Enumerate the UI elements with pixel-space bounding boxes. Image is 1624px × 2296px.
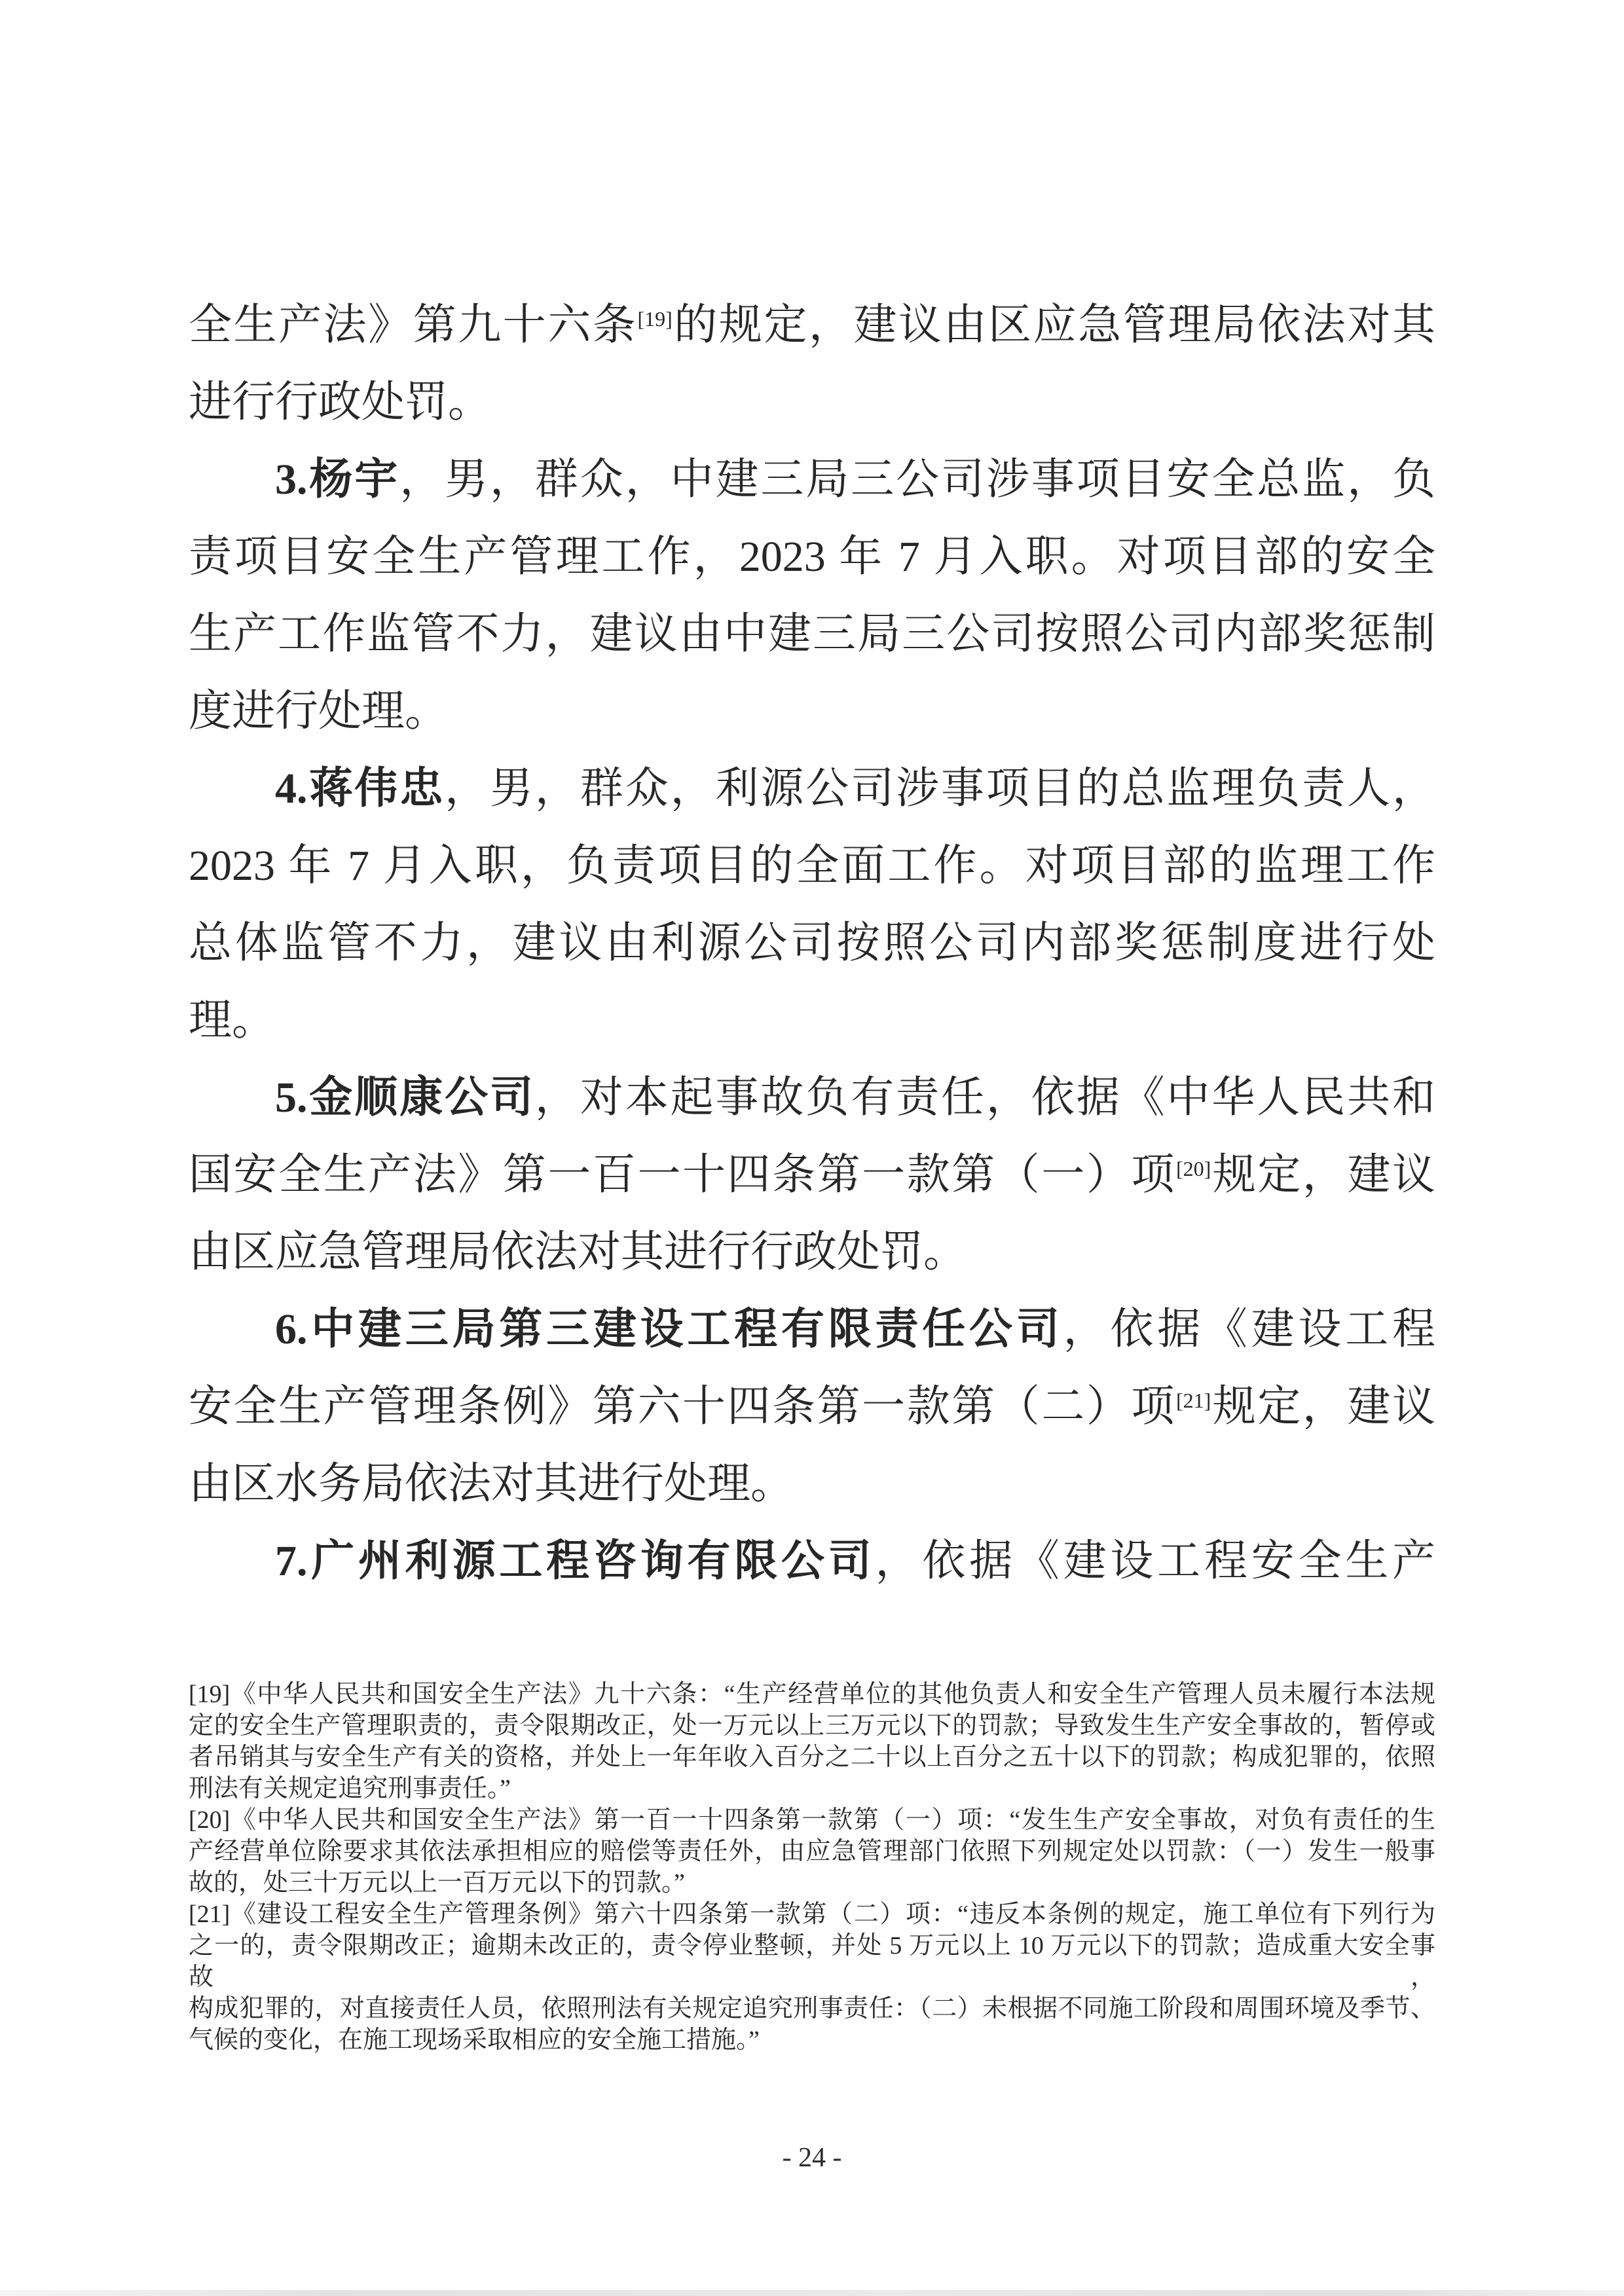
text-run: 2023 年 7 月入职，负责项目的全面工作。对项目部的监理工作	[189, 842, 1435, 890]
text-run: 生产工作监管不力，建议由中建三局三公司按照公司内部奖惩制	[189, 610, 1435, 658]
footnote-line: [20]《中华人民共和国安全生产法》第一百一十四条第一款第（一）项：“发生生产安…	[189, 1804, 1435, 1836]
text-run: 构成犯罪的，对直接责任人员，依照刑法有关规定追究刑事责任：（二）未根据不同施工阶…	[189, 1995, 1435, 2022]
footnote-ref-20: [20]	[1176, 1157, 1211, 1180]
text-run: 气候的变化，在施工现场采取相应的安全施工措施。”	[189, 2026, 760, 2054]
footnote-line: [19]《中华人民共和国安全生产法》九十六条：“生产经营单位的其他负责人和安全生…	[189, 1679, 1435, 1710]
text-run: 刑法有关规定追究刑事责任。”	[189, 1775, 511, 1802]
footnote-line: 之一的，责令限期改正；逾期未改正的，责令停业整顿，并处 5 万元以上 10 万元…	[189, 1930, 1435, 1993]
body-line: 理。	[189, 982, 1435, 1059]
footnote-ref-21: [21]	[1176, 1389, 1211, 1412]
text-run: 责项目安全生产管理工作，2023 年 7 月入职。对项目部的安全	[189, 533, 1435, 581]
text-run: [21]《建设工程安全生产管理条例》第六十四条第一款第（二）项：“违反本条例的规…	[189, 1901, 1435, 1928]
scan-edge-artifact	[0, 2290, 1624, 2296]
footnote-ref-19: [19]	[637, 307, 672, 331]
person-name-yangyu: 3.杨宇	[275, 456, 399, 503]
text-run: 故的，处三十万元以上一百万元以下的罚款。”	[189, 1869, 685, 1897]
text-run: ，男，群众，利源公司涉事项目的总监理负责人，	[445, 765, 1435, 812]
body-line: 5.金顺康公司，对本起事故负有责任，依据《中华人民共和	[189, 1059, 1435, 1137]
text-run: ，对本起事故负有责任，依据《中华人民共和	[535, 1074, 1435, 1121]
company-name-liyuan: 7.广州利源工程咨询有限公司	[275, 1537, 876, 1585]
document-page: 全生产法》第九十六条[19]的规定，建议由区应急管理局依法对其进行行政处罚。3.…	[0, 0, 1624, 2296]
text-run: 规定，建议	[1211, 1151, 1435, 1199]
body-line: 全生产法》第九十六条[19]的规定，建议由区应急管理局依法对其	[189, 287, 1435, 364]
text-run: 全生产法》第九十六条	[189, 301, 637, 349]
body-line: 6.中建三局第三建设工程有限责任公司，依据《建设工程	[189, 1291, 1435, 1368]
text-run: 安全生产管理条例》第六十四条第一款第（二）项	[189, 1383, 1176, 1430]
text-run: 定的安全生产管理职责的，责令限期改正，处一万元以上三万元以下的罚款；导致发生生产…	[189, 1712, 1435, 1740]
text-run: 者吊销其与安全生产有关的资格，并处上一年年收入百分之二十以上百分之五十以下的罚款…	[189, 1743, 1435, 1771]
text-run: 产经营单位除要求其依法承担相应的赔偿等责任外，由应急管理部门依照下列规定处以罚款…	[189, 1838, 1435, 1865]
text-run: 国安全生产法》第一百一十四条第一款第（一）项	[189, 1151, 1176, 1199]
person-name-jiangweizhong: 4.蒋伟忠	[275, 765, 445, 812]
body-text: 全生产法》第九十六条[19]的规定，建议由区应急管理局依法对其进行行政处罚。3.…	[189, 287, 1435, 1600]
text-run: ，依据《建设工程安全生产	[876, 1537, 1435, 1585]
page-number: - 24 -	[0, 2142, 1624, 2174]
text-run: 由区应急管理局依法对其进行行政处罚。	[189, 1228, 967, 1276]
text-run: ，依据《建设工程	[1063, 1305, 1435, 1353]
footnote-line: 定的安全生产管理职责的，责令限期改正，处一万元以上三万元以下的罚款；导致发生生产…	[189, 1710, 1435, 1741]
body-line: 生产工作监管不力，建议由中建三局三公司按照公司内部奖惩制	[189, 596, 1435, 673]
text-run: ，男，群众，中建三局三公司涉事项目安全总监，负	[399, 456, 1435, 503]
footnote-line: 构成犯罪的，对直接责任人员，依照刑法有关规定追究刑事责任：（二）未根据不同施工阶…	[189, 1993, 1435, 2024]
body-line: 责项目安全生产管理工作，2023 年 7 月入职。对项目部的安全	[189, 519, 1435, 596]
body-line: 由区水务局依法对其进行处理。	[189, 1446, 1435, 1523]
company-name-zhongjiansanju: 6.中建三局第三建设工程有限责任公司	[275, 1305, 1063, 1353]
body-line: 国安全生产法》第一百一十四条第一款第（一）项[20]规定，建议	[189, 1137, 1435, 1214]
text-run: 之一的，责令限期改正；逾期未改正的，责令停业整顿，并处 5 万元以上 10 万元…	[189, 1932, 1435, 1991]
body-line: 4.蒋伟忠，男，群众，利源公司涉事项目的总监理负责人，	[189, 750, 1435, 828]
footnote-line: 产经营单位除要求其依法承担相应的赔偿等责任外，由应急管理部门依照下列规定处以罚款…	[189, 1836, 1435, 1867]
body-line: 由区应急管理局依法对其进行行政处罚。	[189, 1214, 1435, 1291]
footnote-line: 故的，处三十万元以上一百万元以下的罚款。”	[189, 1867, 1435, 1899]
text-run: [19]《中华人民共和国安全生产法》九十六条：“生产经营单位的其他负责人和安全生…	[189, 1681, 1435, 1708]
text-run: 理。	[189, 996, 275, 1044]
footnote-line: 者吊销其与安全生产有关的资格，并处上一年年收入百分之二十以上百分之五十以下的罚款…	[189, 1741, 1435, 1773]
body-line: 7.广州利源工程咨询有限公司，依据《建设工程安全生产	[189, 1523, 1435, 1600]
company-name-jinshunkang: 5.金顺康公司	[275, 1074, 535, 1121]
footnote-line: 气候的变化，在施工现场采取相应的安全施工措施。”	[189, 2024, 1435, 2056]
text-run: [20]《中华人民共和国安全生产法》第一百一十四条第一款第（一）项：“发生生产安…	[189, 1806, 1435, 1834]
text-run: 进行行政处罚。	[189, 378, 491, 426]
text-run: 总体监管不力，建议由利源公司按照公司内部奖惩制度进行处	[189, 919, 1435, 967]
footnote-line: 刑法有关规定追究刑事责任。”	[189, 1773, 1435, 1804]
body-line: 度进行处理。	[189, 673, 1435, 750]
body-line: 3.杨宇，男，群众，中建三局三公司涉事项目安全总监，负	[189, 441, 1435, 519]
text-run: 的规定，建议由区应急管理局依法对其	[673, 301, 1435, 349]
footnote-line: [21]《建设工程安全生产管理条例》第六十四条第一款第（二）项：“违反本条例的规…	[189, 1899, 1435, 1930]
body-line: 2023 年 7 月入职，负责项目的全面工作。对项目部的监理工作	[189, 828, 1435, 905]
text-run: 度进行处理。	[189, 687, 448, 735]
text-run: 规定，建议	[1211, 1383, 1435, 1430]
body-line: 总体监管不力，建议由利源公司按照公司内部奖惩制度进行处	[189, 905, 1435, 982]
body-line: 安全生产管理条例》第六十四条第一款第（二）项[21]规定，建议	[189, 1368, 1435, 1446]
footnotes-section: [19]《中华人民共和国安全生产法》九十六条：“生产经营单位的其他负责人和安全生…	[189, 1679, 1435, 2056]
body-line: 进行行政处罚。	[189, 364, 1435, 441]
text-run: 由区水务局依法对其进行处理。	[189, 1460, 794, 1508]
